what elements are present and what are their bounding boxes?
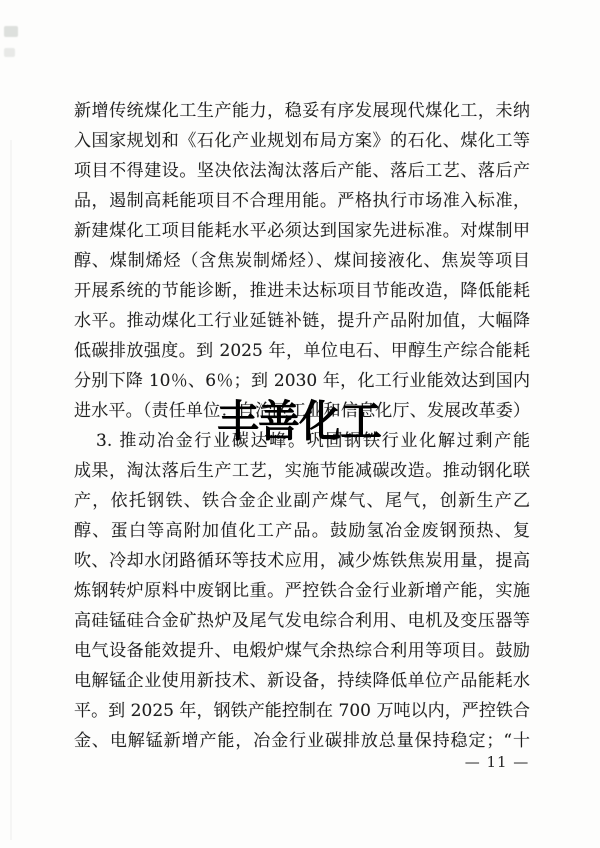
text-line: 分别下降 10％、6％；到 2030 年，化工行业能效达到国内先 [74, 366, 530, 396]
text-line: 新增传统煤化工生产能力，稳妥有序发展现代煤化工，未纳 [74, 96, 530, 126]
document-page: 新增传统煤化工生产能力，稳妥有序发展现代煤化工，未纳 入国家规划和《石化产业规划… [0, 0, 600, 848]
page-number: — 11 — [452, 752, 542, 772]
text-line: 品，遏制高耗能项目不合理用能。严格执行市场准入标准， [74, 186, 530, 216]
text-line: 开展系统的节能诊断，推进未达标项目节能改造，降低能耗 [74, 276, 530, 306]
text-line: 产，依托钢铁、铁合金企业副产煤气、尾气，创新生产乙 [74, 486, 530, 516]
text-line: 成果，淘汰落后生产工艺，实施节能减碳改造。推动钢化联 [74, 456, 530, 486]
scan-edge-line [10, 140, 12, 840]
text-line: 平。到 2025 年，钢铁产能控制在 700 万吨以内，严控铁合 [74, 696, 530, 726]
scan-artifact-speck [4, 26, 18, 37]
text-line: 电气设备能效提升、电煅炉煤气余热综合利用等项目。鼓励 [74, 636, 530, 666]
text-line: 水平。推动煤化工行业延链补链，提升产品附加值，大幅降 [74, 306, 530, 336]
text-line: 吹、冷却水闭路循环等技术应用，减少炼铁焦炭用量，提高 [74, 546, 530, 576]
watermark-text: 丰善化工 [217, 397, 381, 447]
text-line: 新建煤化工项目能耗水平必须达到国家先进标准。对煤制甲 [74, 216, 530, 246]
text-line: 醇、煤制烯烃（含焦炭制烯烃）、煤间接液化、焦炭等项目 [74, 246, 530, 276]
text-line: 项目不得建设。坚决依法淘汰落后产能、落后工艺、落后产 [74, 156, 530, 186]
text-line: 入国家规划和《石化产业规划布局方案》的石化、煤化工等 [74, 126, 530, 156]
text-line: 炼钢转炉原料中废钢比重。严控铁合金行业新增产能，实施 [74, 576, 530, 606]
text-line: 低碳排放强度。到 2025 年，单位电石、甲醇生产综合能耗 [74, 336, 530, 366]
text-line: 醇、蛋白等高附加值化工产品。鼓励氢冶金废钢预热、复 [74, 516, 530, 546]
text-line: 电解锰企业使用新技术、新设备，持续降低单位产品能耗水 [74, 666, 530, 696]
scan-artifact-speck [4, 48, 15, 57]
text-line: 高硅锰硅合金矿热炉及尾气发电综合利用、电机及变压器等 [74, 606, 530, 636]
